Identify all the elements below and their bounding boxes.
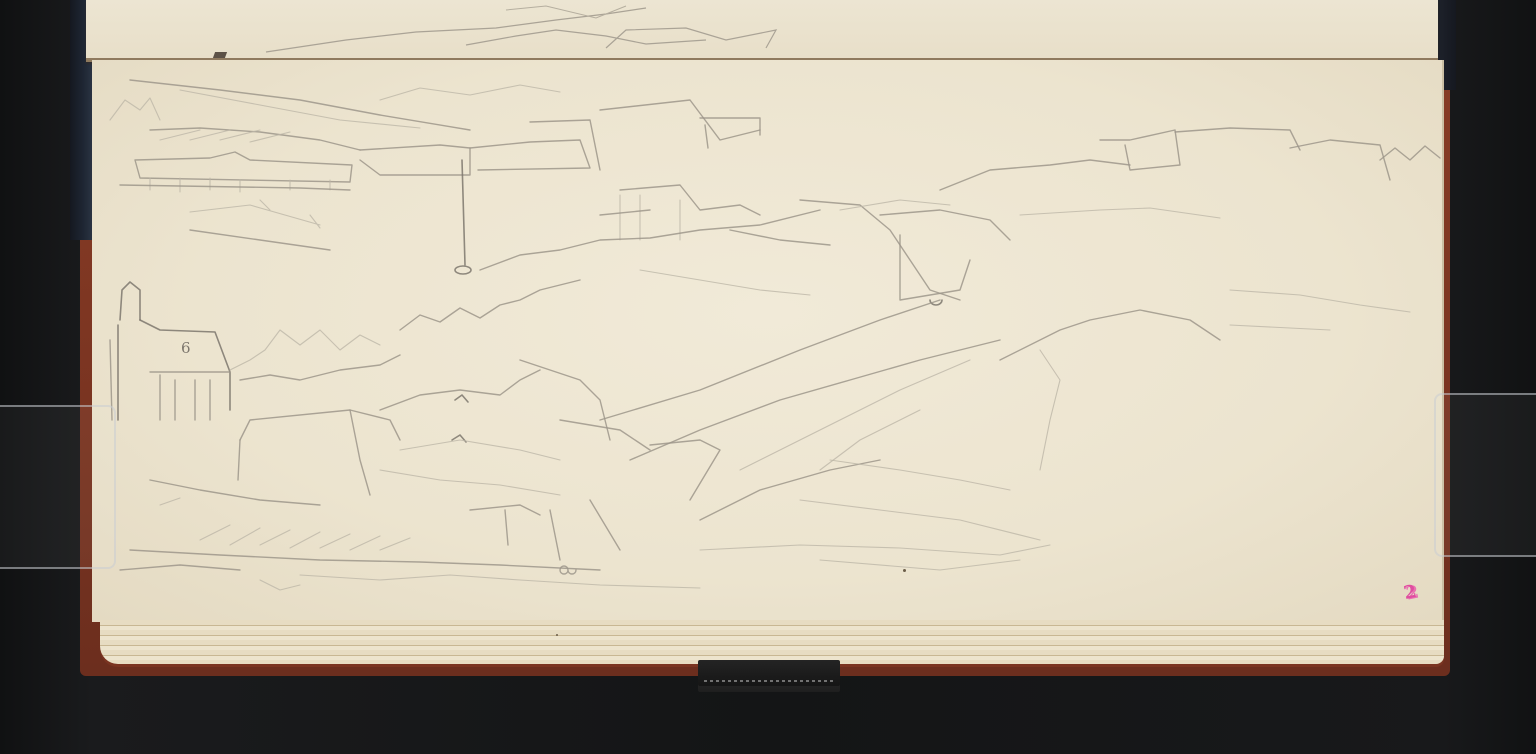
right-page-clip [1434, 393, 1536, 557]
paper-speck [903, 569, 906, 572]
left-page-clip [0, 405, 116, 569]
pencil-sketch [0, 0, 1536, 754]
sketchbook-photo: 6 2 [0, 0, 1536, 754]
building-number-label: 6 [181, 339, 191, 357]
bottom-cloth-tab [698, 660, 840, 692]
paper-speck [556, 634, 558, 636]
